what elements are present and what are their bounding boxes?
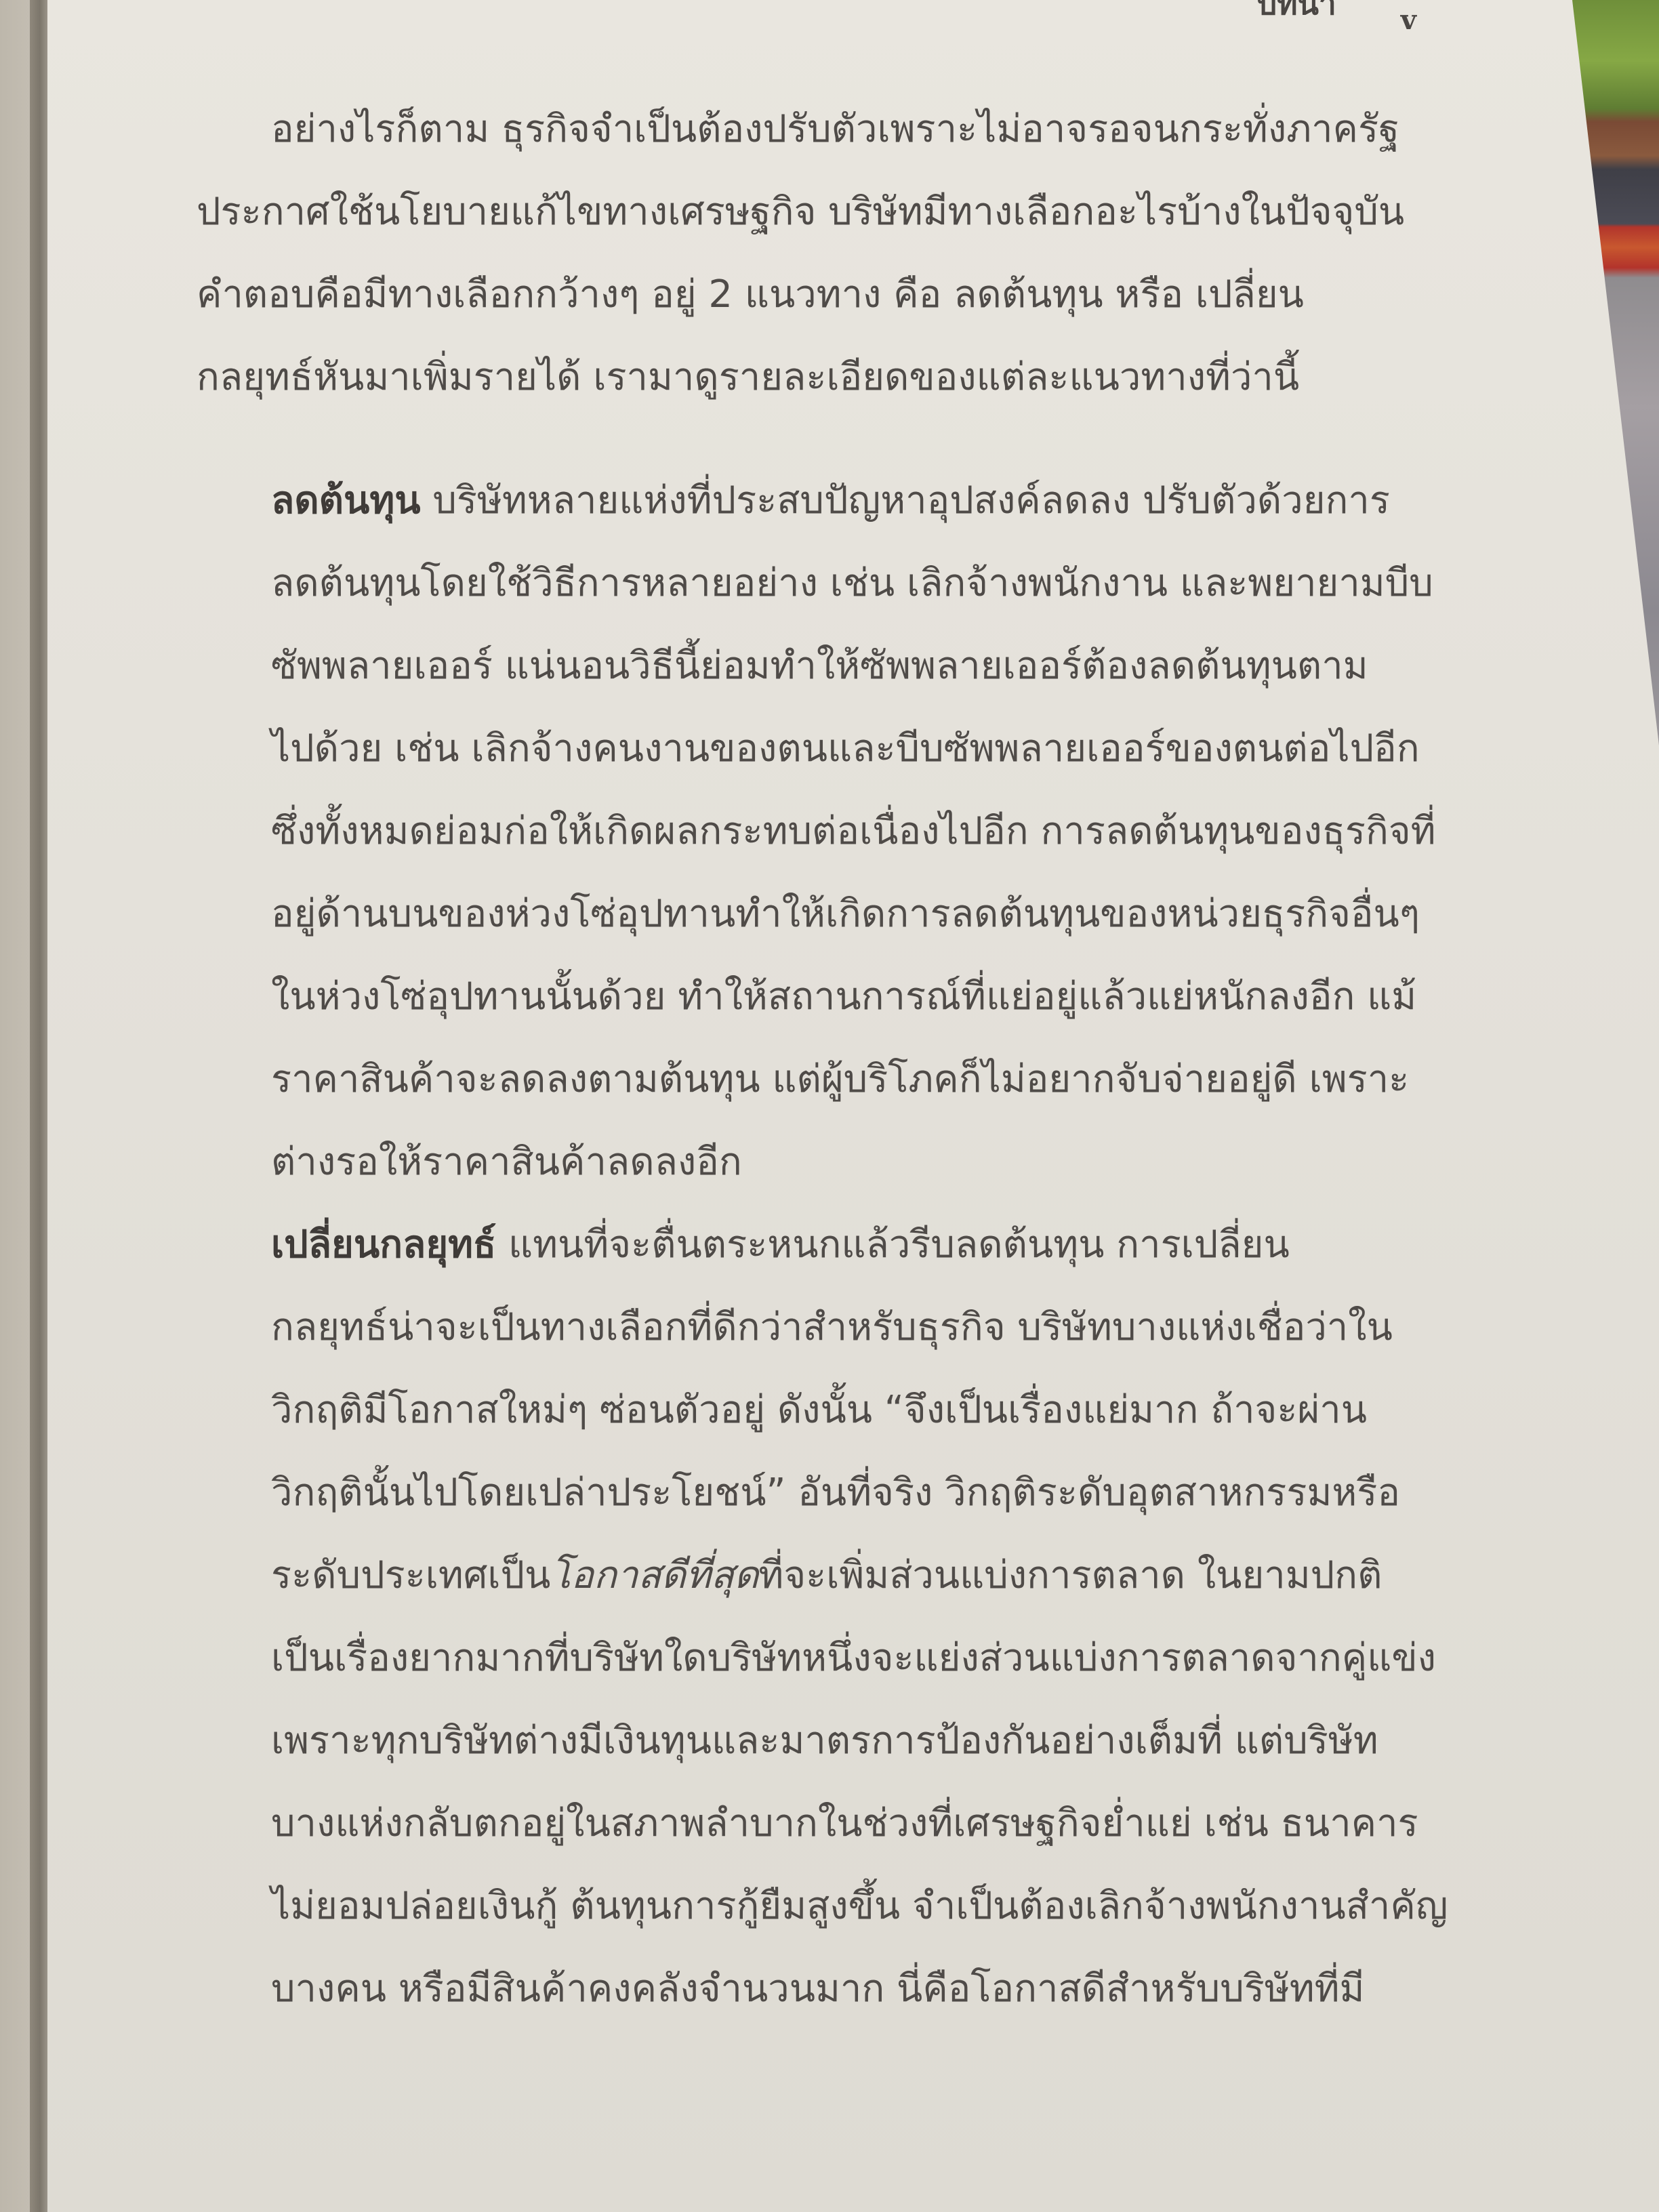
text-line: เพราะทุกบริษัทต่างมีเงินทุนและมาตรการป้อ… — [271, 1700, 1525, 1782]
text-run: ระดับประเทศเป็น — [271, 1553, 550, 1597]
text-line: กลยุทธ์หันมาเพิ่มรายได้ เรามาดูรายละเอีย… — [197, 336, 1525, 419]
text-line: คำตอบคือมีทางเลือกกว้างๆ อยู่ 2 แนวทาง ค… — [197, 253, 1525, 336]
text-line: บางคน หรือมีสินค้าคงคลังจำนวนมาก นี่คือโ… — [271, 1948, 1525, 2030]
text-line: เป็นเรื่องยากมากที่บริษัทใดบริษัทหนึ่งจะ… — [271, 1617, 1525, 1700]
text-line: ประกาศใช้นโยบายแก้ไขทางเศรษฐกิจ บริษัทมี… — [197, 171, 1525, 253]
text-line: อยู่ด้านบนของห่วงโซ่อุปทานทำให้เกิดการลด… — [271, 873, 1525, 956]
text-line: ไปด้วย เช่น เลิกจ้างคนงานของตนและบีบซัพพ… — [271, 708, 1525, 790]
body-text: อย่างไรก็ตาม ธุรกิจจำเป็นต้องปรับตัวเพรา… — [203, 88, 1525, 2030]
text-run: บริษัทหลายแห่งที่ประสบปัญหาอุปสงค์ลดลง ป… — [421, 478, 1390, 523]
text-line: ลดต้นทุน บริษัทหลายแห่งที่ประสบปัญหาอุปส… — [271, 459, 1525, 542]
text-line: กลยุทธ์น่าจะเป็นทางเลือกที่ดีกว่าสำหรับธ… — [271, 1286, 1525, 1369]
text-run: แทนที่จะตื่นตระหนกแล้วรีบลดต้นทุน การเปล… — [496, 1223, 1290, 1267]
text-line: ลดต้นทุนโดยใช้วิธีการหลายอย่าง เช่น เลิก… — [271, 542, 1525, 625]
section-term-cost-reduction: ลดต้นทุน — [271, 478, 421, 523]
text-line: เปลี่ยนกลยุทธ์ แทนที่จะตื่นตระหนกแล้วรีบ… — [271, 1204, 1525, 1286]
text-run: ที่จะเพิ่มส่วนแบ่งการตลาด ในยามปกติ — [758, 1553, 1382, 1597]
strategy-change-paragraph: เปลี่ยนกลยุทธ์ แทนที่จะตื่นตระหนกแล้วรีบ… — [203, 1204, 1525, 2030]
previous-page-edge — [0, 0, 34, 2212]
text-line: ระดับประเทศเป็นโอกาสดีที่สุดที่จะเพิ่มส่… — [271, 1534, 1525, 1617]
cost-reduction-paragraph: ลดต้นทุน บริษัทหลายแห่งที่ประสบปัญหาอุปส… — [203, 459, 1525, 1204]
text-line: ซัพพลายเออร์ แน่นอนวิธีนี้ย่อมทำให้ซัพพล… — [271, 625, 1525, 708]
intro-paragraph: อย่างไรก็ตาม ธุรกิจจำเป็นต้องปรับตัวเพรา… — [203, 88, 1525, 419]
book-page: บทนำ v อย่างไรก็ตาม ธุรกิจจำเป็นต้องปรับ… — [47, 0, 1659, 2212]
text-line: อย่างไรก็ตาม ธุรกิจจำเป็นต้องปรับตัวเพรา… — [197, 88, 1525, 171]
running-header: บทนำ v — [1257, 0, 1416, 47]
text-line: ไม่ยอมปล่อยเงินกู้ ต้นทุนการกู้ยืมสูงขึ้… — [271, 1865, 1525, 1948]
text-line: ต่างรอให้ราคาสินค้าลดลงอีก — [271, 1121, 1525, 1204]
text-line: ซึ่งทั้งหมดย่อมก่อให้เกิดผลกระทบต่อเนื่อ… — [271, 790, 1525, 873]
page-number: v — [1401, 7, 1416, 34]
text-line: วิกฤตินั้นไปโดยเปล่าประโยชน์” อันที่จริง… — [271, 1452, 1525, 1534]
emphasized-phrase: โอกาสดีที่สุด — [550, 1553, 758, 1597]
text-line: บางแห่งกลับตกอยู่ในสภาพลำบากในช่วงที่เศร… — [271, 1782, 1525, 1865]
section-term-strategy-change: เปลี่ยนกลยุทธ์ — [271, 1223, 496, 1267]
text-line: ราคาสินค้าจะลดลงตามต้นทุน แต่ผู้บริโภคก็… — [271, 1038, 1525, 1121]
chapter-title: บทนำ — [1257, 0, 1336, 19]
book-gutter-shadow — [30, 0, 50, 2212]
text-line: วิกฤติมีโอกาสใหม่ๆ ซ่อนตัวอยู่ ดังนั้น “… — [271, 1369, 1525, 1452]
text-line: ในห่วงโซ่อุปทานนั้นด้วย ทำให้สถานการณ์ที… — [271, 956, 1525, 1038]
